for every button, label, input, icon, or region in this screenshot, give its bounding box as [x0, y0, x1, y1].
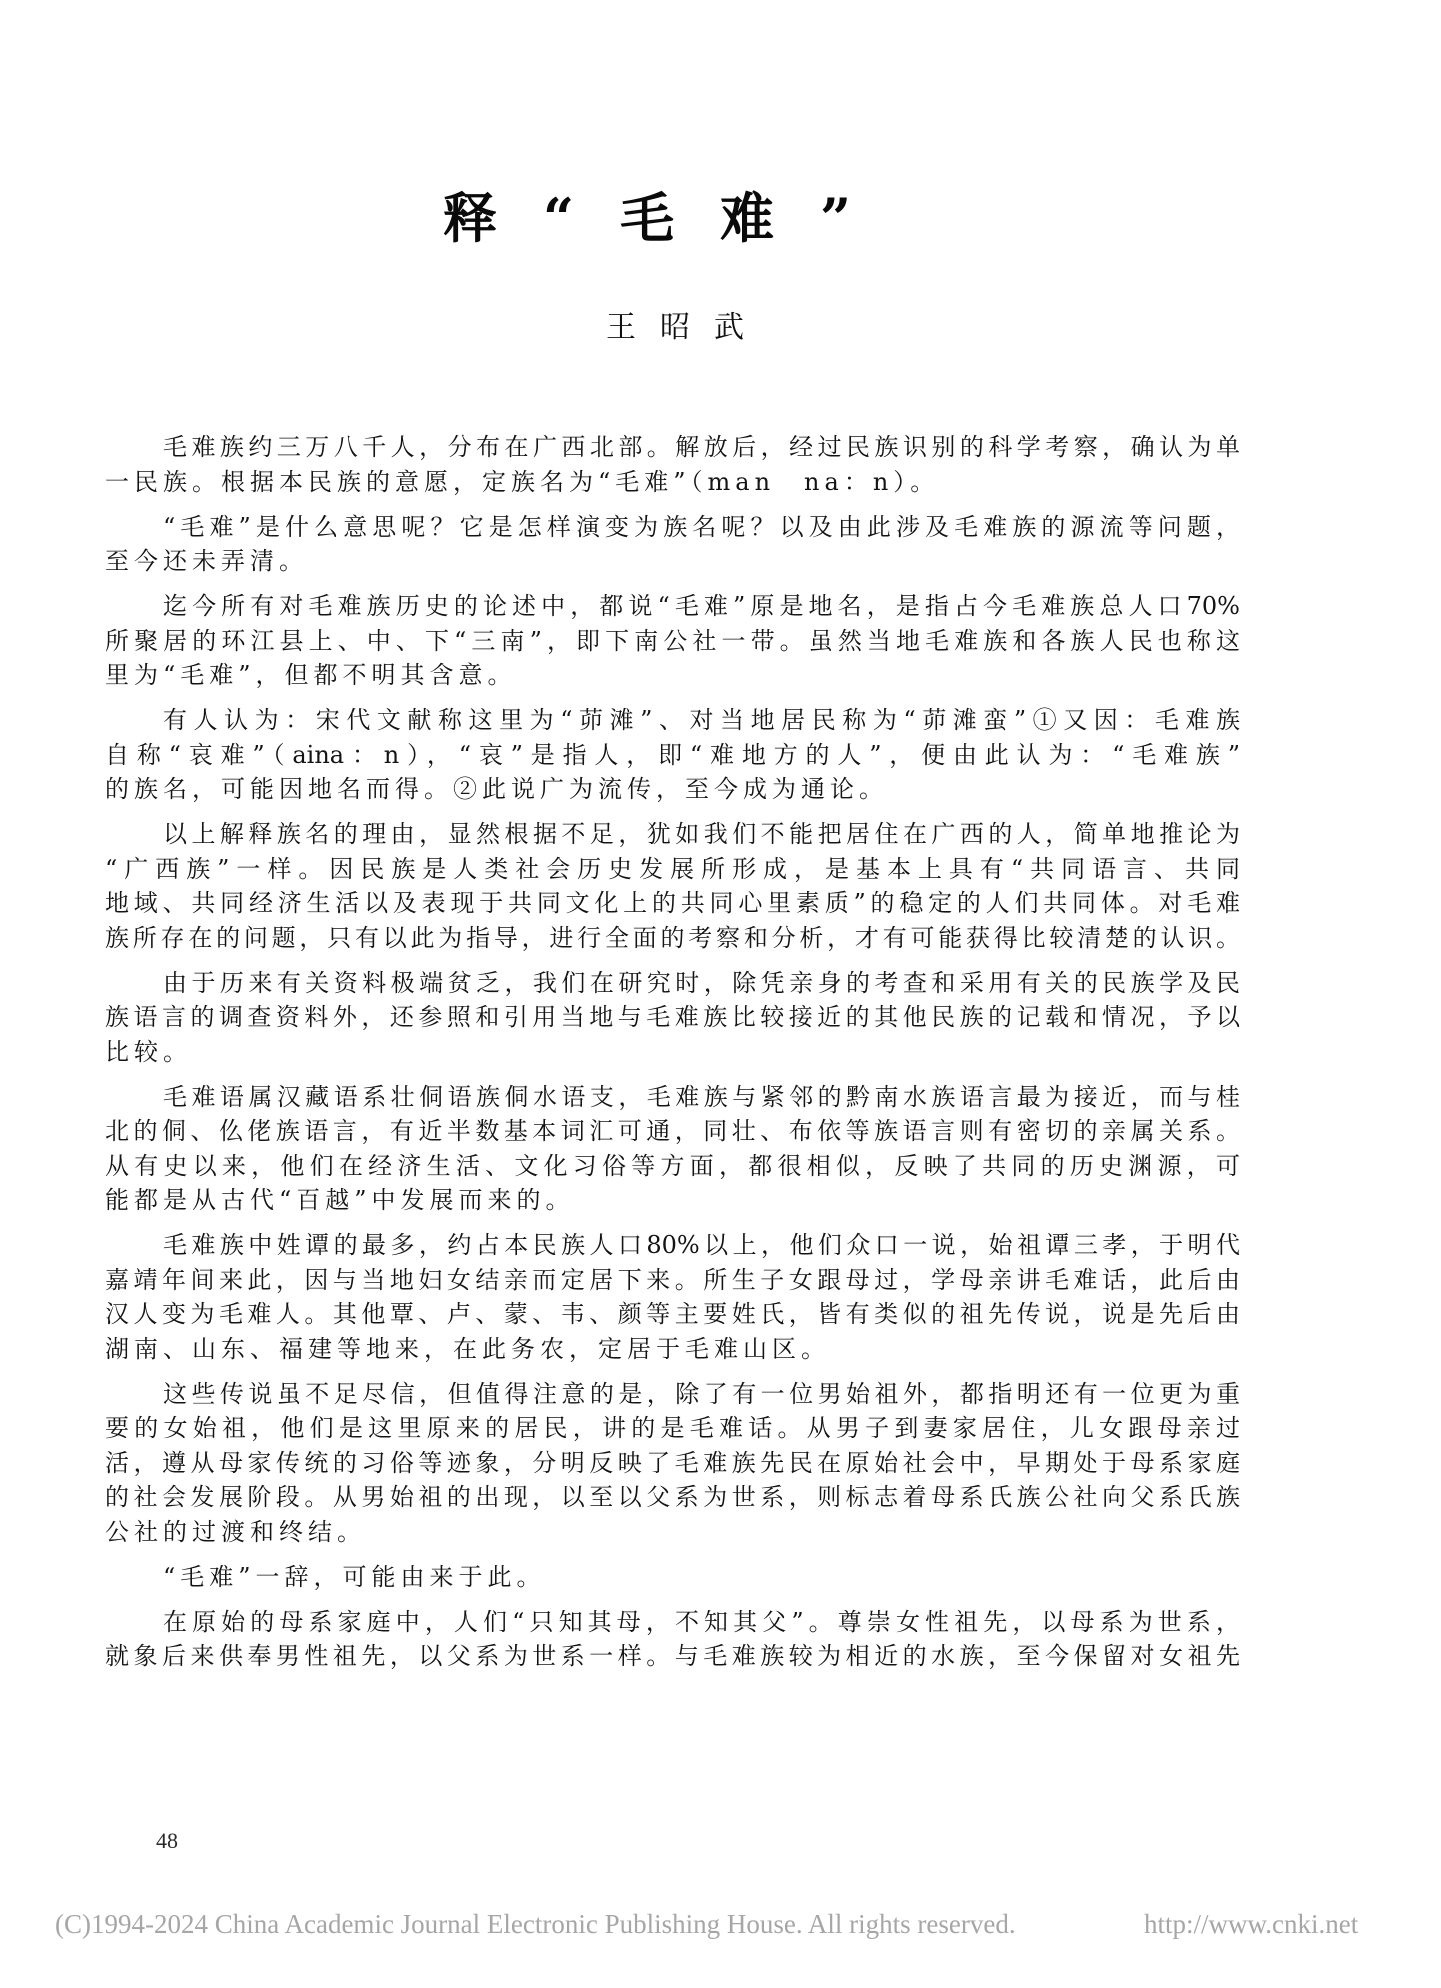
- text-line: 里为“毛难”，但都不明其含意。: [105, 658, 1240, 693]
- text-line: 湖南、山东、福建等地来，在此务农，定居于毛难山区。: [105, 1332, 1240, 1367]
- text-line: 的社会发展阶段。从男始祖的出现，以至以父系为世系，则标志着母系氏族公社向父系氏族: [105, 1480, 1240, 1515]
- paragraph: 在原始的母系家庭中，人们“只知其母，不知其父”。尊崇女性祖先，以母系为世系， 就…: [105, 1605, 1240, 1674]
- text-line: 要的女始祖，他们是这里原来的居民，讲的是毛难话。从男子到妻家居住，儿女跟母亲过: [105, 1411, 1240, 1446]
- article-author: 王昭武: [606, 310, 768, 346]
- text-line: 所聚居的环江县上、中、下“三南”，即下南公社一带。虽然当地毛难族和各族人民也称这: [105, 624, 1240, 659]
- text-line: 的族名，可能因地名而得。②此说广为流传，至今成为通论。: [105, 772, 1240, 807]
- article-title: 释“毛难”: [443, 186, 897, 250]
- text-line: 族所存在的问题，只有以此为指导，进行全面的考察和分析，才有可能获得比较清楚的认识…: [105, 921, 1240, 956]
- text-line: 至今还未弄清。: [105, 544, 1240, 579]
- paragraph: 由于历来有关资料极端贫乏，我们在研究时，除凭亲身的考查和采用有关的民族学及民 族…: [105, 966, 1240, 1070]
- paragraph: 这些传说虽不足尽信，但值得注意的是，除了有一位男始祖外，都指明还有一位更为重 要…: [105, 1377, 1240, 1550]
- paragraph: 毛难语属汉藏语系壮侗语族侗水语支，毛难族与紧邻的黔南水族语言最为接近，而与桂 北…: [105, 1080, 1240, 1218]
- text-line: 公社的过渡和终结。: [105, 1515, 1240, 1550]
- text-line: 比较。: [105, 1035, 1240, 1070]
- text-line: 迄今所有对毛难族历史的论述中，都说“毛难”原是地名，是指占今毛难族总人口70%: [105, 589, 1240, 624]
- article-body: 毛难族约三万八千人，分布在广西北部。解放后，经过民族识别的科学考察，确认为单 一…: [105, 430, 1240, 1674]
- text-line: 毛难语属汉藏语系壮侗语族侗水语支，毛难族与紧邻的黔南水族语言最为接近，而与桂: [105, 1080, 1240, 1115]
- paragraph: “毛难”一辞，可能由来于此。: [105, 1560, 1240, 1595]
- text-line: 从有史以来，他们在经济生活、文化习俗等方面，都很相似，反映了共同的历史渊源，可: [105, 1149, 1240, 1184]
- text-line: “毛难”是什么意思呢？它是怎样演变为族名呢？以及由此涉及毛难族的源流等问题，: [105, 510, 1240, 545]
- text-line: 地域、共同经济生活以及表现于共同文化上的共同心里素质”的稳定的人们共同体。对毛难: [105, 886, 1240, 921]
- paragraph: 毛难族中姓谭的最多，约占本民族人口80%以上，他们众口一说，始祖谭三孝，于明代 …: [105, 1228, 1240, 1366]
- document-page: 释“毛难” 王昭武 毛难族约三万八千人，分布在广西北部。解放后，经过民族识别的科…: [0, 0, 1441, 1988]
- text-line: 嘉靖年间来此，因与当地妇女结亲而定居下来。所生子女跟母过，学母亲讲毛难话，此后由: [105, 1263, 1240, 1298]
- text-line: 就象后来供奉男性祖先，以父系为世系一样。与毛难族较为相近的水族，至今保留对女祖先: [105, 1639, 1240, 1674]
- text-line: 北的侗、仫佬族语言，有近半数基本词汇可通，同壮、布依等族语言则有密切的亲属关系。: [105, 1114, 1240, 1149]
- text-line: 汉人变为毛难人。其他覃、卢、蒙、韦、颜等主要姓氏，皆有类似的祖先传说，说是先后由: [105, 1297, 1240, 1332]
- text-line: 由于历来有关资料极端贫乏，我们在研究时，除凭亲身的考查和采用有关的民族学及民: [105, 966, 1240, 1001]
- text-line: 有人认为：宋代文献称这里为“茆滩”、对当地居民称为“茆滩蛮”①又因：毛难族: [105, 703, 1240, 738]
- text-line: “广西族”一样。因民族是人类社会历史发展所形成，是基本上具有“共同语言、共同: [105, 852, 1240, 887]
- text-line: 以上解释族名的理由，显然根据不足，犹如我们不能把居住在广西的人，简单地推论为: [105, 817, 1240, 852]
- paragraph: 迄今所有对毛难族历史的论述中，都说“毛难”原是地名，是指占今毛难族总人口70% …: [105, 589, 1240, 693]
- page-number: 48: [156, 1828, 178, 1854]
- text-line: 能都是从古代“百越”中发展而来的。: [105, 1183, 1240, 1218]
- paragraph: 以上解释族名的理由，显然根据不足，犹如我们不能把居住在广西的人，简单地推论为 “…: [105, 817, 1240, 955]
- text-line: 毛难族约三万八千人，分布在广西北部。解放后，经过民族识别的科学考察，确认为单: [105, 430, 1240, 465]
- publisher-url: http://www.cnki.net: [1144, 1906, 1358, 1942]
- paragraph: 毛难族约三万八千人，分布在广西北部。解放后，经过民族识别的科学考察，确认为单 一…: [105, 430, 1240, 499]
- text-line: 自称“哀难”（aina：n），“哀”是指人，即“难地方的人”，便由此认为：“毛难…: [105, 738, 1240, 773]
- text-line: 在原始的母系家庭中，人们“只知其母，不知其父”。尊崇女性祖先，以母系为世系，: [105, 1605, 1240, 1640]
- text-line: 这些传说虽不足尽信，但值得注意的是，除了有一位男始祖外，都指明还有一位更为重: [105, 1377, 1240, 1412]
- text-line: 族语言的调查资料外，还参照和引用当地与毛难族比较接近的其他民族的记载和情况，予以: [105, 1000, 1240, 1035]
- text-line: “毛难”一辞，可能由来于此。: [105, 1560, 1240, 1595]
- text-line: 活，遵从母家传统的习俗等迹象，分明反映了毛难族先民在原始社会中，早期处于母系家庭: [105, 1446, 1240, 1481]
- paragraph: 有人认为：宋代文献称这里为“茆滩”、对当地居民称为“茆滩蛮”①又因：毛难族 自称…: [105, 703, 1240, 807]
- copyright-notice: (C)1994-2024 China Academic Journal Elec…: [55, 1906, 1016, 1942]
- text-line: 毛难族中姓谭的最多，约占本民族人口80%以上，他们众口一说，始祖谭三孝，于明代: [105, 1228, 1240, 1263]
- paragraph: “毛难”是什么意思呢？它是怎样演变为族名呢？以及由此涉及毛难族的源流等问题， 至…: [105, 510, 1240, 579]
- text-line: 一民族。根据本民族的意愿，定族名为“毛难”（man na：n）。: [105, 465, 1240, 500]
